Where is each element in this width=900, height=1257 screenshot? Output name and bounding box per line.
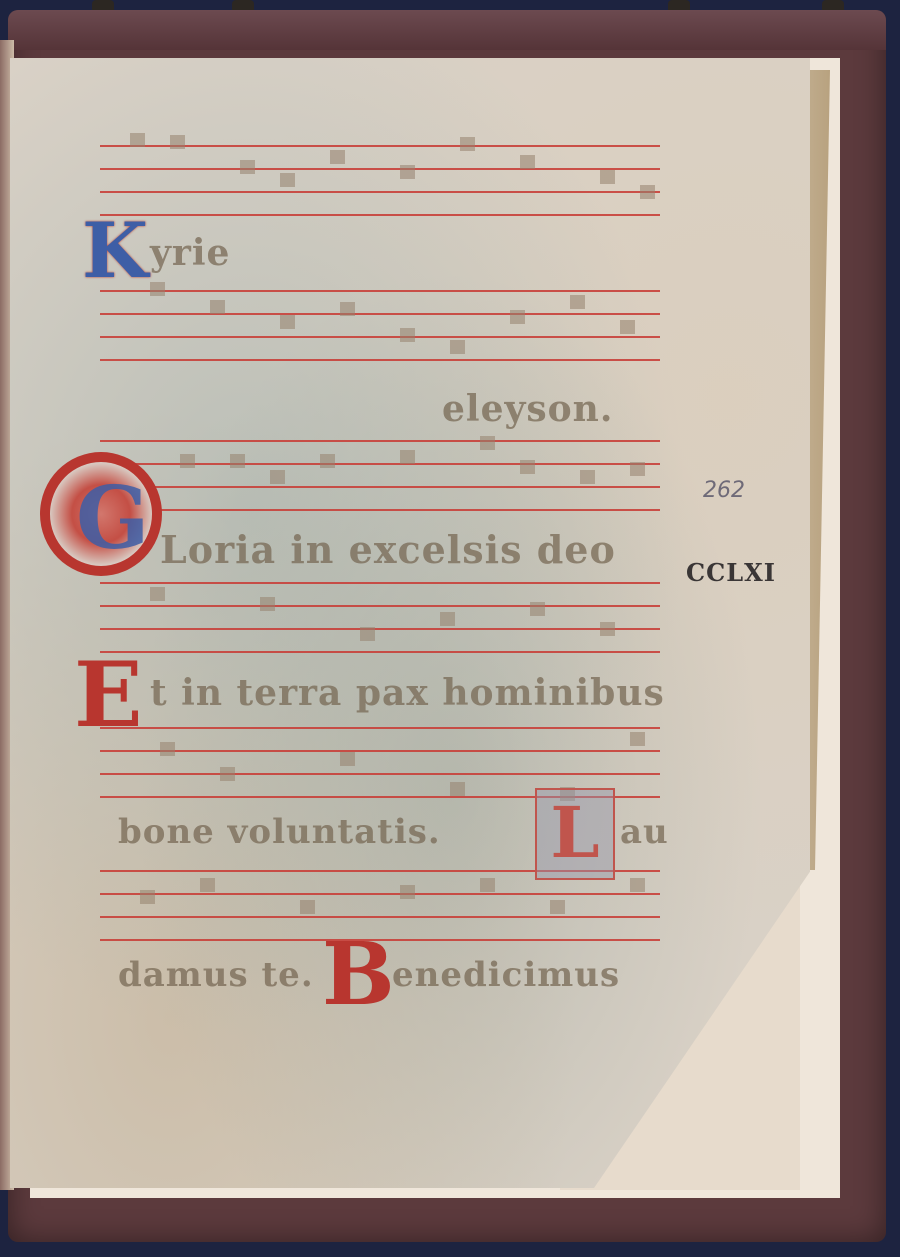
initial-b: B [322,930,395,1020]
staff-4 [100,582,660,662]
lyric-lau: au [620,812,669,852]
staff-3 [100,440,660,520]
lyric-eleyson: eleyson. [442,388,613,430]
folio-pencil-number: 262 [703,478,745,503]
staff-2 [100,290,660,370]
initial-k: K [82,208,152,294]
lyric-et-in-terra: t in terra pax hominibus [150,672,665,714]
lyric-gloria: Loria in excelsis deo [160,527,616,572]
initial-l: L [535,788,615,880]
lyric-damus-te: damus te. [118,955,314,995]
lyric-kyrie: yrie [150,232,230,274]
initial-g: G [40,452,162,576]
initial-e: E [74,650,143,740]
lyric-bone-voluntatis: bone voluntatis. [118,812,441,852]
folio-roman-numeral: CCLXI [686,558,776,587]
staff-1 [100,145,660,225]
lyric-benedicimus: enedicimus [392,955,620,995]
